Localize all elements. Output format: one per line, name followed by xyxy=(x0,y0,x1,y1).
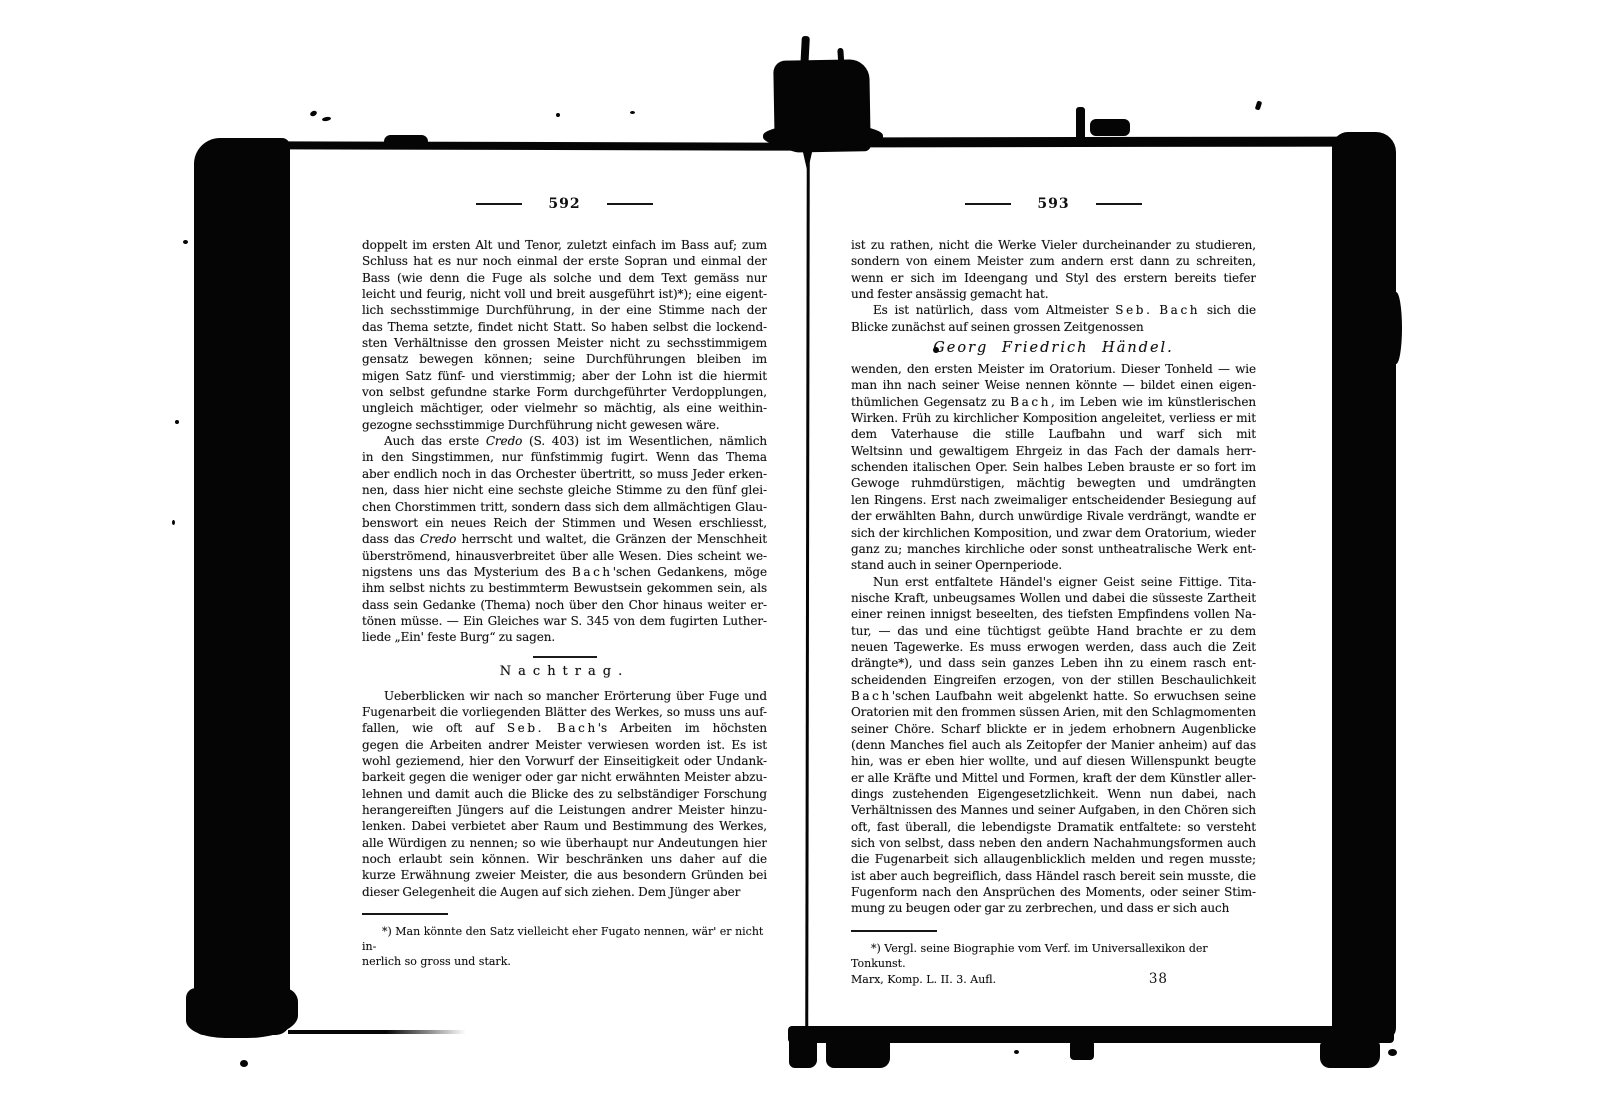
sheet-signature: 38 xyxy=(1149,971,1168,987)
text-line: migen Satz fünf- und vierstimmig; aber d… xyxy=(362,368,767,384)
scan-speck-9 xyxy=(1014,1050,1019,1054)
text-line: wenden, den ersten Meister im Oratorium.… xyxy=(851,361,1256,377)
scan-smudge-top-left xyxy=(384,135,428,148)
text-line: dieser Gelegenheit die Augen auf sich zi… xyxy=(362,884,767,900)
text-line: die Fugenarbeit sich allaugenblicklich m… xyxy=(851,851,1256,867)
text-line: wohl geziemend, hier den Vorwurf der Ein… xyxy=(362,753,767,769)
footnote-rule xyxy=(362,913,448,915)
page-body-lower: wenden, den ersten Meister im Oratorium.… xyxy=(851,361,1256,917)
chapter-heading: Georg Friedrich Händel. xyxy=(851,340,1256,356)
scan-tick-top-right xyxy=(1076,107,1085,143)
scan-speck-7 xyxy=(175,420,179,424)
scan-speck-8 xyxy=(172,520,175,525)
text-line: gegen die Arbeiten andrer Meister verwie… xyxy=(362,737,767,753)
text-line: und fester ansässig gemacht hat. xyxy=(851,286,1256,302)
text-line: sich von selbst, dass neben den andern N… xyxy=(851,835,1256,851)
text-line: barkeit gegen die weniger oder gar nicht… xyxy=(362,769,767,785)
footnote: *) Man könnte den Satz vielleicht eher F… xyxy=(362,924,767,969)
text-line: man ihn nach seiner Weise nennen könnte … xyxy=(851,377,1256,393)
text-line: das Thema setzte, findet nicht Statt. So… xyxy=(362,319,767,335)
scan-speck-1 xyxy=(309,110,317,117)
footnote-signature-row: Marx, Komp. L. II. 3. Aufl. 38 xyxy=(851,971,1256,987)
footnote-rule xyxy=(851,930,937,932)
paragraph: doppelt im ersten Alt und Tenor, zuletzt… xyxy=(362,237,767,433)
scan-dot-bottom-left xyxy=(240,1060,248,1067)
text-line: aber endlich noch in das Orchester übert… xyxy=(362,466,767,482)
text-line: lehnen und damit auch die Blicke des zu … xyxy=(362,786,767,802)
text-line: ganz zu; manches kirchliche oder sonst u… xyxy=(851,541,1256,557)
scan-line-top-left xyxy=(282,141,796,150)
text-line: Nun erst entfaltete Händel's eigner Geis… xyxy=(851,574,1256,590)
spine-spike-2 xyxy=(837,48,845,70)
text-line: lenken. Dabei verbietet aber Raum und Be… xyxy=(362,818,767,834)
text-line: seiner Chöre. Scharf blickte er in jedem… xyxy=(851,721,1256,737)
text-line: tur, — das und eine tüchtigst geübte Han… xyxy=(851,623,1256,639)
text-line: ist aber auch begreiflich, dass Händel r… xyxy=(851,868,1256,884)
scan-blob-bottom-3 xyxy=(1070,1040,1094,1060)
text-line: thümlichen Gegensatz zu Bach, im Leben w… xyxy=(851,394,1256,410)
text-line: nen, dass hier nicht eine sechste gleich… xyxy=(362,482,767,498)
text-line: noch erlaubt sein können. Wir beschränke… xyxy=(362,851,767,867)
text-line: Schluss hat es nur noch einmal der erste… xyxy=(362,253,767,269)
text-line: kurze Erwähnung zweier Meister, die aus … xyxy=(362,867,767,883)
text-line: sten Verhältnisse den grossen Meister ni… xyxy=(362,335,767,351)
text-line: Verhältnissen des Mannes und seiner Aufg… xyxy=(851,802,1256,818)
text-line: Fugenarbeit die vorliegenden Blätter des… xyxy=(362,704,767,720)
text-line: ungleich mächtiger, oder vielmehr so mäc… xyxy=(362,400,767,416)
text-line: überströmend, hinausverbreitet über alle… xyxy=(362,548,767,564)
paragraph: Nun erst entfaltete Händel's eigner Geis… xyxy=(851,574,1256,917)
text-line: er alle Kräfte und Mittel und Formen, kr… xyxy=(851,770,1256,786)
text-line: len Ringens. Erst nach zweimaliger entsc… xyxy=(851,492,1256,508)
left-page: 592 doppelt im ersten Alt und Tenor, zul… xyxy=(362,196,767,969)
page-number: 593 xyxy=(1037,196,1069,212)
text-line: von selbst gefundne starke Form durchgef… xyxy=(362,384,767,400)
text-line: schenden italischen Oper. Sein halbes Le… xyxy=(851,459,1256,475)
text-line: tönen müsse. — Ein Gleiches war S. 345 v… xyxy=(362,613,767,629)
text-line: der erwählten Bahn, durch unwürdige Riva… xyxy=(851,508,1256,524)
page-body-upper: doppelt im ersten Alt und Tenor, zuletzt… xyxy=(362,237,767,646)
text-line: leicht und feurig, nicht voll und breit … xyxy=(362,286,767,302)
header-dash-icon xyxy=(965,203,1011,205)
text-line: Bach'schen Laufbahn weit abgelenkt hatte… xyxy=(851,688,1256,704)
book-edge-left-foot xyxy=(186,988,298,1038)
scan-line-bottom-left xyxy=(288,1030,466,1034)
scan-speck-2 xyxy=(322,116,332,122)
book-edge-right-bulge xyxy=(1390,292,1402,364)
text-line: scheidenden Eingreifen erzogen, von der … xyxy=(851,672,1256,688)
paragraph: wenden, den ersten Meister im Oratorium.… xyxy=(851,361,1256,573)
book-scan: 592 doppelt im ersten Alt und Tenor, zul… xyxy=(0,0,1600,1108)
right-page: 593 ist zu rathen, nicht die Werke Viele… xyxy=(851,196,1256,987)
scan-speck-5 xyxy=(1255,100,1263,110)
text-line: lich sechsstimmige Durchführung, in der … xyxy=(362,302,767,318)
text-line: stand auch in seiner Opernperiode. xyxy=(851,557,1256,573)
text-line: dass sein Gedanke (Thema) noch über den … xyxy=(362,597,767,613)
scan-smudge-top-right xyxy=(1090,119,1130,136)
text-line: sondern von einem Meister zum andern ers… xyxy=(851,253,1256,269)
text-line: nigstens uns das Mysterium des Bach'sche… xyxy=(362,564,767,580)
text-line: ist zu rathen, nicht die Werke Vieler du… xyxy=(851,237,1256,253)
scan-speck-6 xyxy=(183,240,188,244)
text-line: Blicke zunächst auf seinen grossen Zeitg… xyxy=(851,319,1256,335)
book-edge-left xyxy=(194,138,290,1035)
text-line: Wirken. Früh zu kirchlicher Komposition … xyxy=(851,410,1256,426)
text-line: wenn er sich im Ideengang und Styl des e… xyxy=(851,270,1256,286)
page-header-right: 593 xyxy=(851,196,1256,212)
page-body-upper: ist zu rathen, nicht die Werke Vieler du… xyxy=(851,237,1256,335)
paragraph: Auch das erste Credo (S. 403) ist im Wes… xyxy=(362,433,767,645)
text-line: dem Vaterhause die stille Laufbahn und w… xyxy=(851,426,1256,442)
text-line: Ueberblicken wir nach so mancher Erörter… xyxy=(362,688,767,704)
text-line: benswort ein neues Reich der Stimmen und… xyxy=(362,515,767,531)
text-line: liede „Ein' feste Burg“ zu sagen. xyxy=(362,629,767,645)
text-line: Weltsinn und gewaltigem Ehrgeiz in das F… xyxy=(851,443,1256,459)
text-line: Oratorien mit den frommen süssen Arien, … xyxy=(851,704,1256,720)
scan-speck-4 xyxy=(630,111,635,114)
section-divider xyxy=(533,656,597,658)
scan-speck-3 xyxy=(556,113,560,117)
footnote-line: *) Man könnte den Satz vielleicht eher F… xyxy=(362,924,767,954)
text-line: mung zu beugen oder gar zu zerbrechen, u… xyxy=(851,900,1256,916)
text-line: dings zustehenden Eigengesetzlichkeit. W… xyxy=(851,786,1256,802)
text-line: Gewoge ruhmdürstigen, mächtig bewegten u… xyxy=(851,475,1256,491)
text-line: hin, was er eben hier wollte, und auf di… xyxy=(851,753,1256,769)
text-line: in den Singstimmen, nur fünfstimmig fugi… xyxy=(362,449,767,465)
text-line: Fugenform nach den Ansprüchen des Moment… xyxy=(851,884,1256,900)
footnote-line: *) Vergl. seine Biographie vom Verf. im … xyxy=(851,941,1256,971)
text-line: fallen, wie oft auf Seb. Bach's Arbeiten… xyxy=(362,720,767,736)
text-line: Es ist natürlich, dass vom Altmeister Se… xyxy=(851,302,1256,318)
scan-blob-bottom-2 xyxy=(826,1038,890,1068)
text-line: ihm selbst nichts zu bestimmterm Bewusts… xyxy=(362,580,767,596)
text-line: Bass (wie denn die Fuge als solche und d… xyxy=(362,270,767,286)
header-dash-icon xyxy=(1096,203,1142,205)
page-number: 592 xyxy=(548,196,580,212)
footnote: *) Vergl. seine Biographie vom Verf. im … xyxy=(851,941,1256,987)
text-line: doppelt im ersten Alt und Tenor, zuletzt… xyxy=(362,237,767,253)
page-body-lower: Ueberblicken wir nach so mancher Erörter… xyxy=(362,688,767,900)
scan-blob-bottom-1 xyxy=(789,1038,817,1068)
scan-dot-bottom-right xyxy=(1388,1049,1397,1056)
text-line: gensatz bewegen können; seine Durchführu… xyxy=(362,351,767,367)
paragraph: ist zu rathen, nicht die Werke Vieler du… xyxy=(851,237,1256,302)
text-line: chen Chorstimmen tritt, sondern dass sic… xyxy=(362,499,767,515)
text-line: oft, fast überall, die lebendigste Drama… xyxy=(851,819,1256,835)
text-line: Auch das erste Credo (S. 403) ist im Wes… xyxy=(362,433,767,449)
book-edge-right xyxy=(1332,132,1396,1040)
text-line: nische Kraft, unbeugsames Wollen und dab… xyxy=(851,590,1256,606)
text-line: dass das Credo herrscht und waltet, die … xyxy=(362,531,767,547)
text-line: einer reinen innigst beseelten, des tief… xyxy=(851,606,1256,622)
text-line: gezogne sechsstimmige Durchführung nicht… xyxy=(362,417,767,433)
scan-line-top-right xyxy=(846,137,1346,148)
text-line: drängte*), und dass sein ganzes Leben ih… xyxy=(851,655,1256,671)
scan-blob-bottom-4 xyxy=(1320,1040,1380,1068)
text-line: sich der kirchlichen Komposition, und zw… xyxy=(851,525,1256,541)
paragraph: Es ist natürlich, dass vom Altmeister Se… xyxy=(851,302,1256,335)
text-line: herangereiften Jüngers auf die Leistunge… xyxy=(362,802,767,818)
spine-gutter-line xyxy=(805,150,810,1034)
page-header-left: 592 xyxy=(362,196,767,212)
section-heading: Nachtrag. xyxy=(362,664,767,679)
footnote-line: nerlich so gross und stark. xyxy=(362,954,767,969)
header-dash-icon xyxy=(476,203,522,205)
text-line: neuen Tagewerke. Es muss erwogen werden,… xyxy=(851,639,1256,655)
footnote-line: Marx, Komp. L. II. 3. Aufl. xyxy=(851,972,996,987)
header-dash-icon xyxy=(607,203,653,205)
text-line: (denn Manches fiel auch als Zeitopfer de… xyxy=(851,737,1256,753)
text-line: alle Würdigen zu nennen; so wie überhaup… xyxy=(362,835,767,851)
paragraph: Ueberblicken wir nach so mancher Erörter… xyxy=(362,688,767,900)
